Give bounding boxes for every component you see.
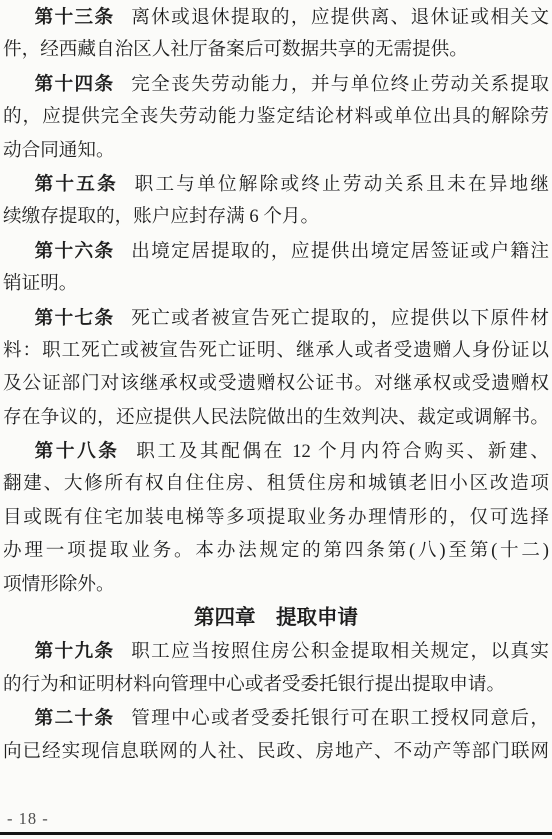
article-number: 第十五条: [35, 173, 118, 194]
document-line: 销证明。: [3, 267, 549, 300]
document-line: 及公证部门对该继承权或受遗赠权公证书。对继承权或受遗赠权: [3, 367, 549, 400]
document-line: 第二十条管理中心或者受委托银行可在职工授权同意后，: [3, 701, 549, 734]
document-line: 的，应提供完全丧失劳动能力鉴定结论材料或单位出具的解除劳: [3, 100, 549, 133]
document-line: 续缴存提取的，账户应封存满 6 个月。: [3, 200, 549, 233]
document-page: 第十三条离休或退休提取的，应提供离、退休证或相关文 件，经西藏自治区人社厅备案后…: [0, 0, 552, 839]
article-number: 第二十条: [35, 707, 115, 728]
line-text: 职工与单位解除或终止劳动关系且未在异地继: [135, 174, 549, 195]
document-line: 的行为和证明材料向管理中心或者受委托银行提出提取申请。: [3, 668, 549, 701]
article-number: 第十三条: [35, 6, 115, 27]
article-number: 第十九条: [35, 640, 115, 661]
document-body: 第十三条离休或退休提取的，应提供离、退休证或相关文 件，经西藏自治区人社厅备案后…: [0, 0, 552, 768]
chapter-heading: 第四章 提取申请: [3, 601, 549, 634]
line-text: 完全丧失劳动能力，并与单位终止劳动关系提取: [131, 74, 549, 95]
chapter-heading-text: 第四章 提取申请: [194, 606, 358, 629]
line-text: 的，应提供完全丧失劳动能力鉴定结论材料或单位出具的解除劳: [3, 106, 549, 127]
page-bottom-rule: [0, 832, 552, 836]
document-line: 第十四条完全丧失劳动能力，并与单位终止劳动关系提取: [3, 67, 549, 100]
line-text: 的行为和证明材料向管理中心或者受委托银行提出提取申请。: [3, 674, 505, 695]
article-number: 第十八条: [35, 440, 120, 461]
line-text: 动合同通知。: [3, 140, 115, 161]
document-line: 第十六条出境定居提取的，应提供出境定居签证或户籍注: [3, 234, 549, 267]
line-text: 办理一项提取业务。本办法规定的第四条第(八)至第(十二): [3, 540, 549, 561]
document-line: 项情形除外。: [3, 568, 549, 601]
article-number: 第十四条: [35, 73, 115, 94]
document-line: 件，经西藏自治区人社厅备案后可数据共享的无需提供。: [3, 33, 549, 66]
line-text: 管理中心或者受委托银行可在职工授权同意后，: [131, 708, 549, 729]
document-line: 向已经实现信息联网的人社、民政、房地产、不动产等部门联网: [3, 735, 549, 768]
line-text: 及公证部门对该继承权或受遗赠权公证书。对继承权或受遗赠权: [3, 373, 549, 394]
line-text: 料：职工死亡或被宣告死亡证明、继承人或者受遗赠人身份证以: [3, 340, 549, 361]
document-line: 料：职工死亡或被宣告死亡证明、继承人或者受遗赠人身份证以: [3, 334, 549, 367]
document-line: 存在争议的，还应提供人民法院做出的生效判决、裁定或调解书。: [3, 401, 549, 434]
line-text: 项情形除外。: [3, 574, 115, 595]
line-text: 件，经西藏自治区人社厅备案后可数据共享的无需提供。: [3, 39, 468, 60]
document-line: 目或既有住宅加装电梯等多项提取业务办理情形的，仅可选择: [3, 501, 549, 534]
page-number: - 18 -: [7, 809, 49, 829]
document-line: 第十七条死亡或者被宣告死亡提取的，应提供以下原件材: [3, 301, 549, 334]
line-text: 离休或退休提取的，应提供离、退休证或相关文: [131, 7, 549, 28]
article-number: 第十六条: [35, 240, 115, 261]
document-line: 办理一项提取业务。本办法规定的第四条第(八)至第(十二): [3, 534, 549, 567]
document-line: 第十三条离休或退休提取的，应提供离、退休证或相关文: [3, 0, 549, 33]
line-text: 出境定居提取的，应提供出境定居签证或户籍注: [131, 241, 549, 262]
line-text: 续缴存提取的，账户应封存满 6 个月。: [3, 206, 319, 227]
line-text: 目或既有住宅加装电梯等多项提取业务办理情形的，仅可选择: [3, 507, 549, 528]
document-line: 第十九条职工应当按照住房公积金提取相关规定，以真实: [3, 634, 549, 667]
line-text: 销证明。: [3, 273, 77, 294]
document-line: 第十八条职工及其配偶在 12 个月内符合购买、新建、: [3, 434, 549, 467]
line-text: 向已经实现信息联网的人社、民政、房地产、不动产等部门联网: [3, 741, 549, 762]
line-text: 翻建、大修所有权自住住房、租赁住房和城镇老旧小区改造项: [3, 473, 549, 494]
document-line: 翻建、大修所有权自住住房、租赁住房和城镇老旧小区改造项: [3, 467, 549, 500]
line-text: 职工应当按照住房公积金提取相关规定，以真实: [131, 641, 549, 662]
document-line: 第十五条职工与单位解除或终止劳动关系且未在异地继: [3, 167, 549, 200]
document-line: 动合同通知。: [3, 134, 549, 167]
article-number: 第十七条: [35, 307, 115, 328]
line-text: 职工及其配偶在 12 个月内符合购买、新建、: [136, 441, 549, 462]
line-text: 存在争议的，还应提供人民法院做出的生效判决、裁定或调解书。: [3, 407, 549, 428]
line-text: 死亡或者被宣告死亡提取的，应提供以下原件材: [131, 308, 549, 329]
